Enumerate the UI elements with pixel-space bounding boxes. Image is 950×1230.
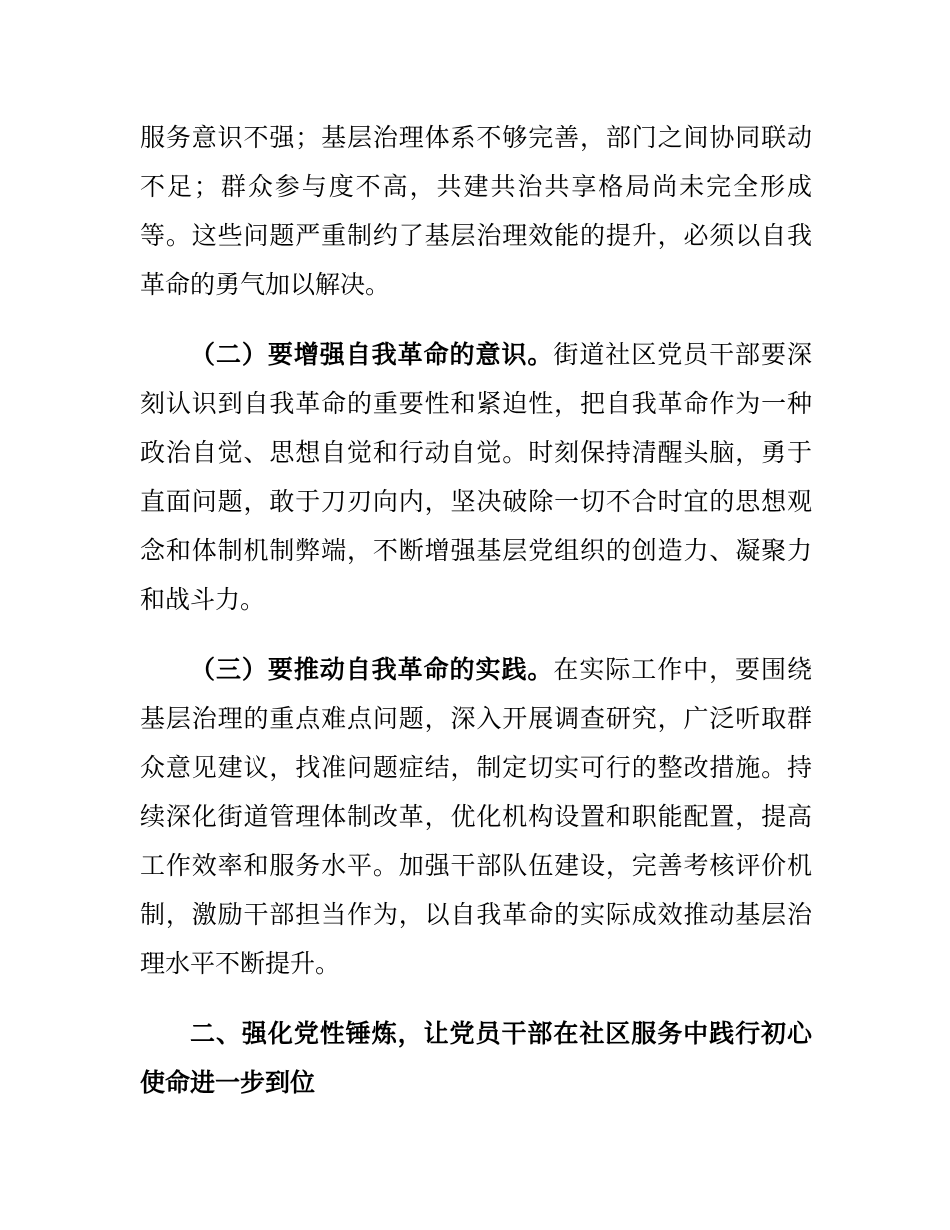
- body-text-run: 服务意识不强；基层治理体系不够完善，部门之间协同联动不足；群众参与度不高，共建共…: [140, 125, 812, 299]
- bold-heading-run: （二）要增强自我革命的意识。: [190, 341, 553, 369]
- paragraph-point-2: （二）要增强自我革命的意识。街道社区党员干部要深刻认识到自我革命的重要性和紧迫性…: [140, 331, 812, 625]
- body-text-run: 街道社区党员干部要深刻认识到自我革命的重要性和紧迫性，把自我革命作为一种政治自觉…: [140, 342, 812, 614]
- bold-heading-run: （三）要推动自我革命的实践。: [190, 656, 553, 684]
- bold-heading-run: 二、强化党性锤炼，让党员干部在社区服务中践行初心使命进一步到位: [140, 1020, 812, 1097]
- paragraph-point-3: （三）要推动自我革命的实践。在实际工作中，要围绕基层治理的重点难点问题，深入开展…: [140, 646, 812, 989]
- heading-section-2: 二、强化党性锤炼，让党员干部在社区服务中践行初心使命进一步到位: [140, 1010, 812, 1108]
- paragraph-continuation: 服务意识不强；基层治理体系不够完善，部门之间协同联动不足；群众参与度不高，共建共…: [140, 114, 812, 310]
- body-text-run: 在实际工作中，要围绕基层治理的重点难点问题，深入开展调查研究，广泛听取群众意见建…: [140, 657, 812, 978]
- document-page: 服务意识不强；基层治理体系不够完善，部门之间协同联动不足；群众参与度不高，共建共…: [0, 0, 950, 1230]
- document-body: 服务意识不强；基层治理体系不够完善，部门之间协同联动不足；群众参与度不高，共建共…: [140, 114, 812, 1129]
